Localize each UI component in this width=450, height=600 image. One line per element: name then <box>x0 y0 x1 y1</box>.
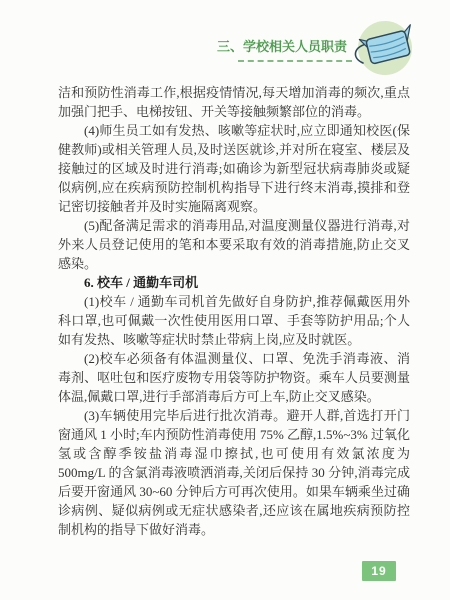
header-dashed-line <box>238 60 352 62</box>
paragraph-item-2: (2)校车必须备有体温测量仪、口罩、免洗手消毒液、消毒剂、呕吐包和医疗废物专用袋… <box>58 349 410 406</box>
page-number-badge: 19 <box>362 561 396 581</box>
subsection-heading-bus-driver: 6. 校车 / 通勤车司机 <box>58 273 410 292</box>
paragraph-item-1: (1)校车 / 通勤车司机首先做好自身防护,推荐佩戴医用外科口罩,也可佩戴一次性… <box>58 292 410 349</box>
paragraph-continuation: 洁和预防性消毒工作,根据疫情情况,每天增加消毒的频次,重点加强门把手、电梯按钮、… <box>58 83 410 121</box>
body-text: 洁和预防性消毒工作,根据疫情情况,每天增加消毒的频次,重点加强门把手、电梯按钮、… <box>58 83 410 539</box>
paragraph-item-5: (5)配备满足需求的消毒用品,对温度测量仪器进行消毒,对外来人员登记使用的笔和本… <box>58 216 410 273</box>
paragraph-item-4: (4)师生员工如有发热、咳嗽等症状时,应立即通知校医(保健教师)或相关管理人员,… <box>58 121 410 216</box>
face-mask-icon <box>350 19 416 79</box>
section-title: 三、学校相关人员职责 <box>217 36 347 55</box>
book-page: 三、学校相关人员职责 <box>0 0 450 600</box>
paragraph-item-3: (3)车辆使用完毕后进行批次消毒。避开人群,首选打开门窗通风 1 小时;车内预防… <box>58 406 410 539</box>
